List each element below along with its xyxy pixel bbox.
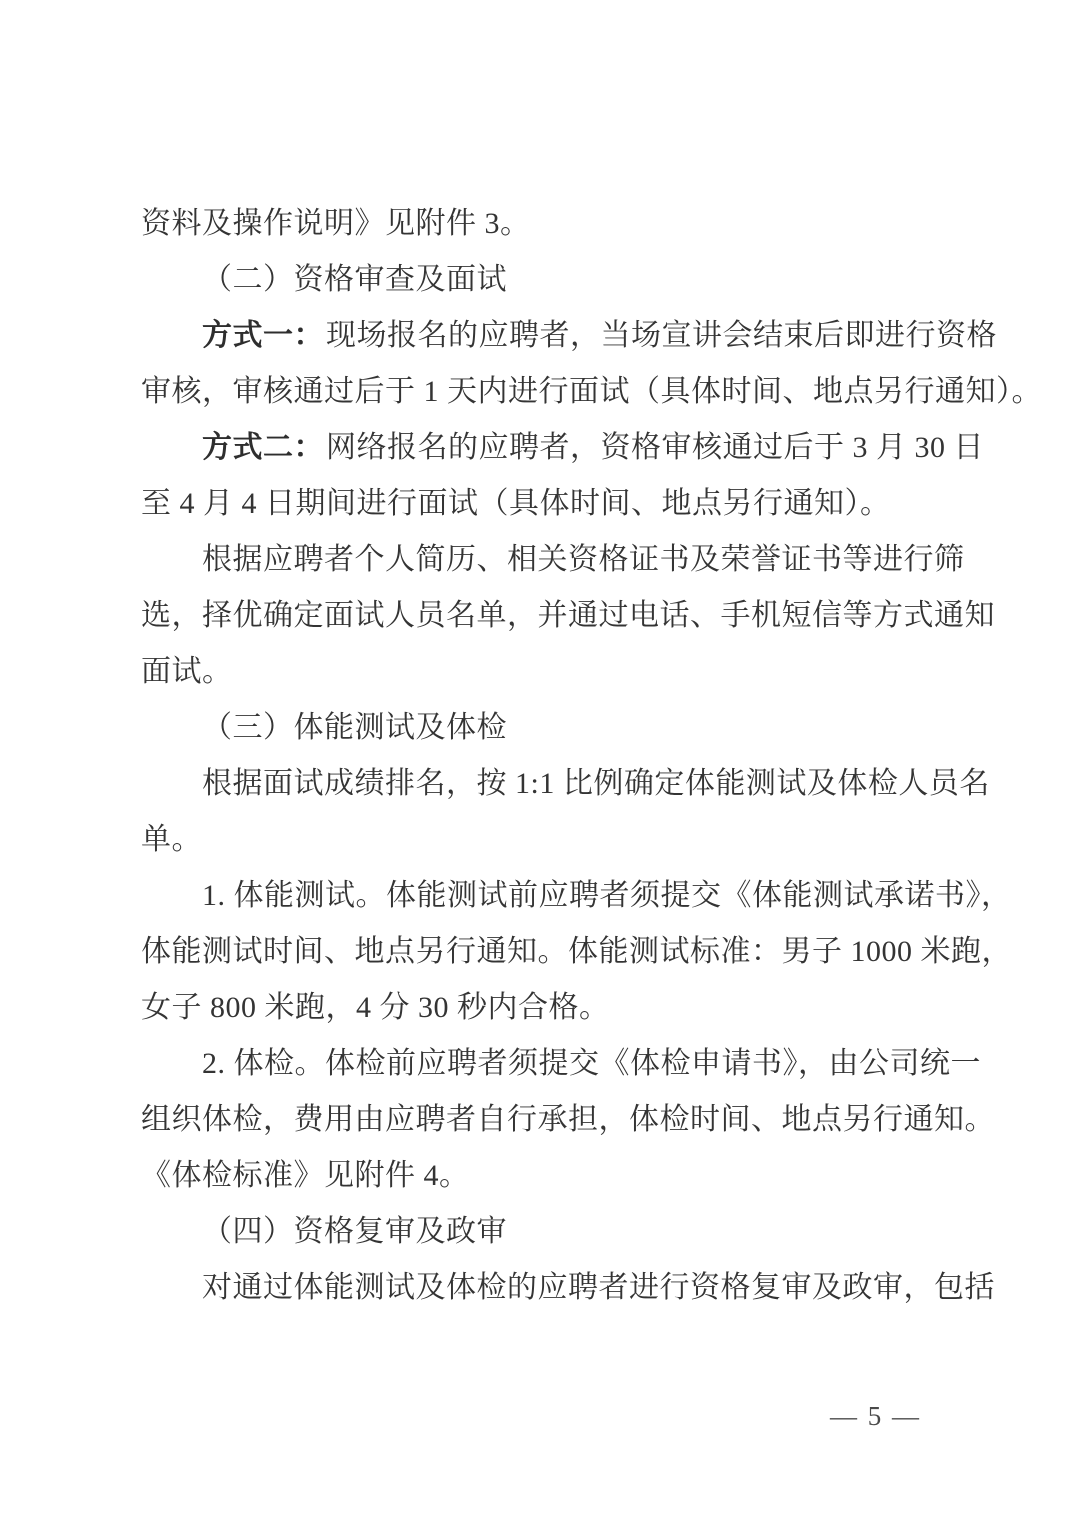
method-two-paragraph: 方式二：网络报名的应聘者，资格审核通过后于 3 月 30 日 至 4 月 4 日… <box>141 420 955 532</box>
section-heading-ii: （二）资格审查及面试 <box>141 252 955 308</box>
document-page: 资料及操作说明》见附件 3。 （二）资格审查及面试 方式一：现场报名的应聘者，当… <box>0 0 1080 1526</box>
document-body: 资料及操作说明》见附件 3。 （二）资格审查及面试 方式一：现场报名的应聘者，当… <box>141 196 955 1316</box>
ratio-paragraph: 根据面试成绩排名，按 1:1 比例确定体能测试及体检人员名 单。 <box>141 756 955 868</box>
text-run: 现场报名的应聘者，当场宣讲会结束后即进行资格 <box>326 319 997 352</box>
method-one-paragraph: 方式一：现场报名的应聘者，当场宣讲会结束后即进行资格 审核，审核通过后于 1 天… <box>141 308 955 420</box>
section-heading: （四）资格复审及政审 <box>141 1204 955 1260</box>
page-number: — 5 — <box>830 1401 921 1431</box>
text-run: 网络报名的应聘者，资格审核通过后于 3 月 30 日 <box>326 431 984 464</box>
section-heading-iii: （三）体能测试及体检 <box>141 700 955 756</box>
text-line: 女子 800 米跑，4 分 30 秒内合格。 <box>141 980 955 1036</box>
page-footer: — 5 — <box>830 1400 921 1432</box>
text-line: 组织体检，费用由应聘者自行承担，体检时间、地点另行通知。 <box>141 1092 955 1148</box>
medical-exam-paragraph: 2. 体检。体检前应聘者须提交《体检申请书》，由公司统一 组织体检，费用由应聘者… <box>141 1036 955 1204</box>
text-line: 资料及操作说明》见附件 3。 <box>141 196 955 252</box>
screening-paragraph: 根据应聘者个人简历、相关资格证书及荣誉证书等进行筛 选，择优确定面试人员名单，并… <box>141 532 955 700</box>
section-heading: （二）资格审查及面试 <box>141 252 955 308</box>
method-two-label: 方式二： <box>202 431 324 464</box>
text-line: 根据应聘者个人简历、相关资格证书及荣誉证书等进行筛 <box>141 532 955 588</box>
method-one-label: 方式一： <box>202 319 324 352</box>
text-line: 1. 体能测试。体能测试前应聘者须提交《体能测试承诺书》， <box>141 868 955 924</box>
text-line: 方式一：现场报名的应聘者，当场宣讲会结束后即进行资格 <box>141 308 955 364</box>
text-line: 单。 <box>141 812 955 868</box>
text-line: 方式二：网络报名的应聘者，资格审核通过后于 3 月 30 日 <box>141 420 955 476</box>
text-line: 至 4 月 4 日期间进行面试（具体时间、地点另行通知）。 <box>141 476 955 532</box>
text-line: 审核，审核通过后于 1 天内进行面试（具体时间、地点另行通知）。 <box>141 364 955 420</box>
section-heading: （三）体能测试及体检 <box>141 700 955 756</box>
section-heading-iv: （四）资格复审及政审 <box>141 1204 955 1260</box>
text-line: 体能测试时间、地点另行通知。体能测试标准：男子 1000 米跑， <box>141 924 955 980</box>
continued-paragraph: 资料及操作说明》见附件 3。 <box>141 196 955 252</box>
text-line: 对通过体能测试及体检的应聘者进行资格复审及政审，包括 <box>141 1260 955 1316</box>
text-line: 面试。 <box>141 644 955 700</box>
text-line: 《体检标准》见附件 4。 <box>141 1148 955 1204</box>
review-paragraph: 对通过体能测试及体检的应聘者进行资格复审及政审，包括 <box>141 1260 955 1316</box>
text-line: 选，择优确定面试人员名单，并通过电话、手机短信等方式通知 <box>141 588 955 644</box>
fitness-test-paragraph: 1. 体能测试。体能测试前应聘者须提交《体能测试承诺书》， 体能测试时间、地点另… <box>141 868 955 1036</box>
text-line: 根据面试成绩排名，按 1:1 比例确定体能测试及体检人员名 <box>141 756 955 812</box>
text-line: 2. 体检。体检前应聘者须提交《体检申请书》，由公司统一 <box>141 1036 955 1092</box>
